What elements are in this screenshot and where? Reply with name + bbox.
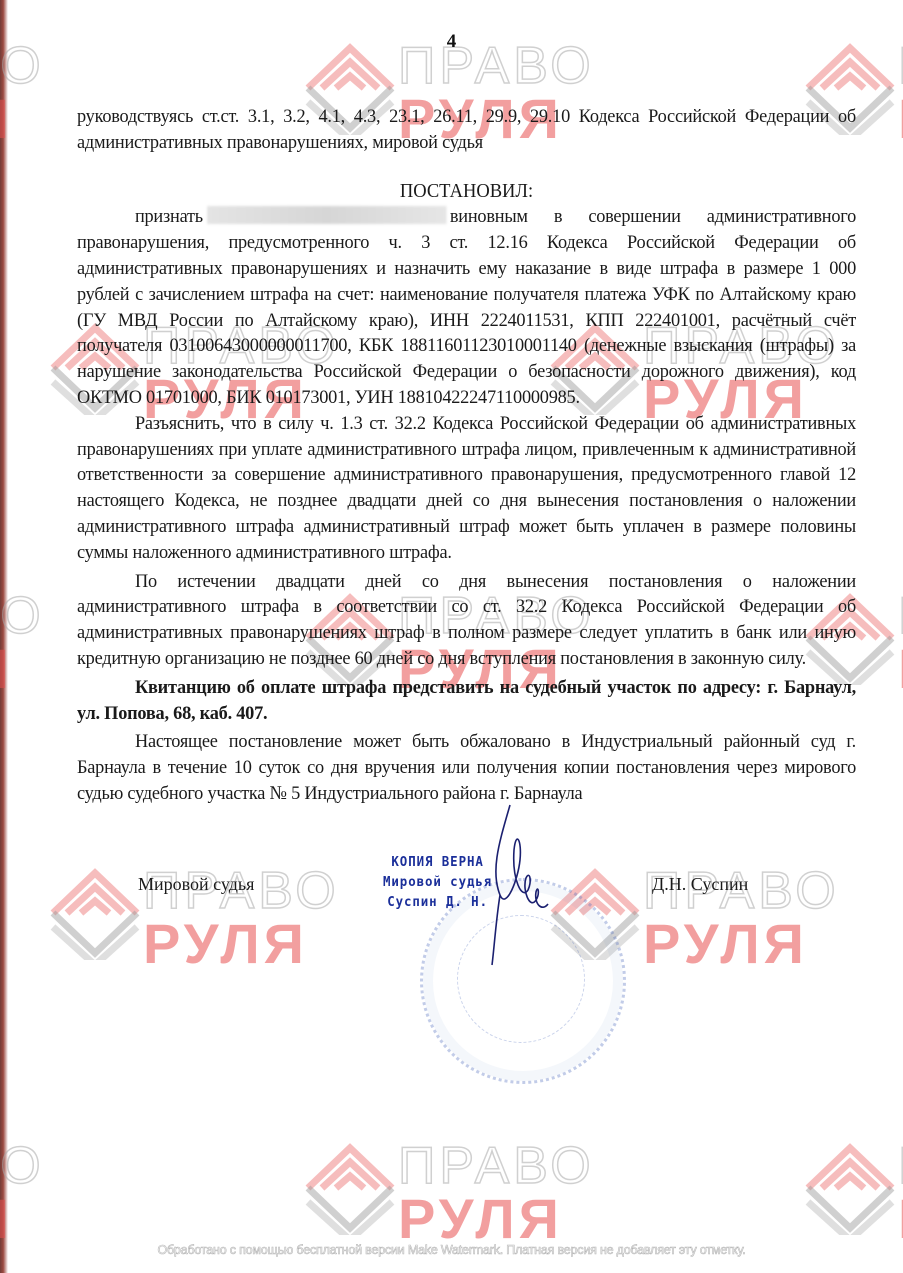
signature-role: Мировой судья	[138, 874, 254, 895]
watermark-word-bottom: РУЛЯ	[643, 911, 808, 976]
watermark-word-bottom: РУЛЯ	[143, 911, 308, 976]
watermark-logo-icon	[800, 1140, 900, 1240]
ruling-prefix: признать	[135, 206, 203, 227]
watermark-word-top: ПРАВО	[898, 1136, 903, 1196]
handwritten-signature	[470, 800, 560, 1000]
scan-edge-shadow	[0, 0, 8, 1273]
ruling-heading: ПОСТАНОВИЛ:	[77, 179, 856, 205]
explanation-paragraph: Разъяснить, что в силу ч. 1.3 ст. 32.2 К…	[77, 411, 856, 566]
appeal-paragraph: Настоящее постановление может быть обжал…	[77, 729, 856, 806]
deadline-paragraph: По истечении двадцати дней со дня вынесе…	[77, 569, 856, 672]
page-number: 4	[0, 31, 903, 53]
watermark-word-bottom: РУЛЯ	[898, 1186, 903, 1251]
signature-name: Д.Н. Суспин	[652, 874, 748, 895]
watermark-word-bottom: РУЛЯ	[898, 636, 903, 701]
watermark-logo-icon	[300, 1140, 400, 1240]
receipt-paragraph: Квитанцию об оплате штрафа представить н…	[77, 675, 856, 727]
watermark-word-top: ПРАВО	[898, 586, 903, 646]
ruling-paragraph: признатьвиновным в совершении администра…	[77, 204, 856, 410]
watermark-footer-notice: Обработано с помощью бесплатной версии M…	[0, 1243, 903, 1257]
watermark-logo-icon	[45, 865, 145, 965]
watermark-word-bottom: РУЛЯ	[398, 1186, 563, 1251]
watermark-word-bottom: РУЛЯ	[898, 86, 903, 151]
ruling-text: виновным в совершении административного …	[77, 206, 856, 408]
redacted-name	[207, 206, 446, 224]
intro-paragraph: руководствуясь ст.ст. 3.1, 3.2, 4.1, 4.3…	[77, 104, 856, 156]
document-body: руководствуясь ст.ст. 3.1, 3.2, 4.1, 4.3…	[77, 104, 856, 807]
watermark-word-top: ПРАВО	[398, 1136, 595, 1196]
